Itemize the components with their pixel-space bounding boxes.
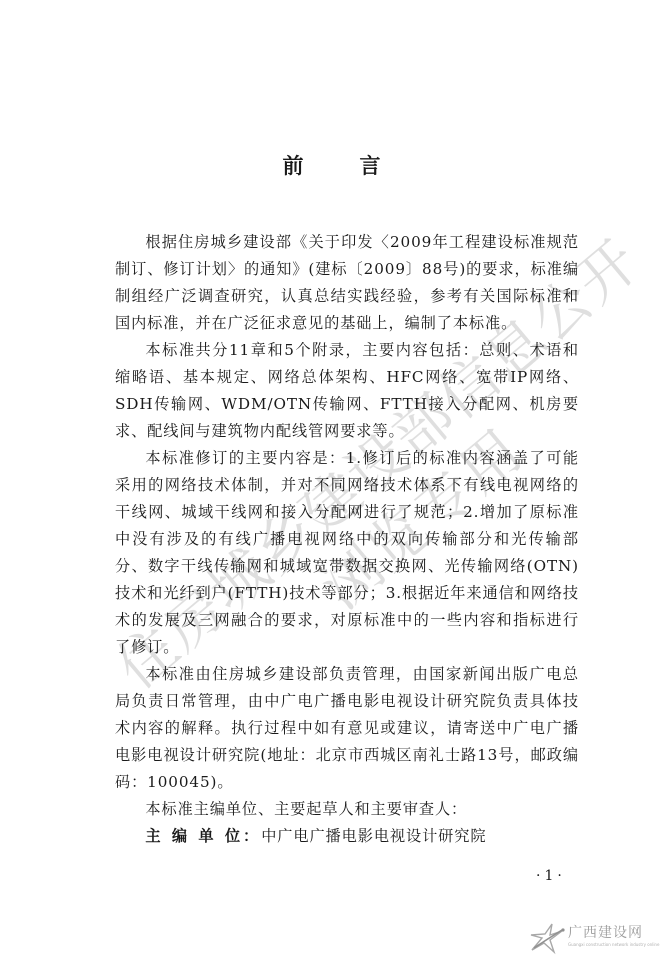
paragraph-background: 根据住房城乡建设部《关于印发〈2009年工程建设标准规范制订、修订计划〉的通知》… [115, 229, 579, 337]
chief-editor-line: 主 编 单 位：中广电广播电影电视设计研究院 [115, 823, 579, 850]
title-char-2: 言 [360, 150, 381, 180]
page-number: ·1· [536, 868, 566, 884]
paragraph-revisions: 本标准修订的主要内容是：1.修订后的标准内容涵盖了可能采用的网络技术体制，并对不… [115, 445, 579, 661]
logo-name: 广西建设网 [568, 922, 643, 942]
paragraph-management: 本标准由住房城乡建设部负责管理，由国家新闻出版广电总局负责日常管理，由中广电广播… [115, 661, 579, 796]
document-page: 住房城乡建设部信息公开 浏览专用 前言 根据住房城乡建设部《关于印发〈2009年… [0, 0, 663, 963]
logo-subtitle: Guangxi construction network industry on… [568, 942, 659, 947]
star-logo-icon [528, 922, 566, 956]
paragraph-contents: 本标准共分11章和5个附录，主要内容包括：总则、术语和缩略语、基本规定、网络总体… [115, 337, 579, 445]
paragraph-editors-intro: 本标准主编单位、主要起草人和主要审查人： [115, 796, 579, 823]
chief-editor-value: 中广电广播电影电视设计研究院 [261, 827, 486, 845]
site-logo: 广西建设网 Guangxi construction network indus… [528, 920, 663, 960]
title-char-1: 前 [283, 150, 304, 180]
page-title: 前言 [0, 150, 663, 180]
document-body: 根据住房城乡建设部《关于印发〈2009年工程建设标准规范制订、修订计划〉的通知》… [115, 229, 579, 850]
chief-editor-label: 主 编 单 位： [145, 827, 261, 845]
